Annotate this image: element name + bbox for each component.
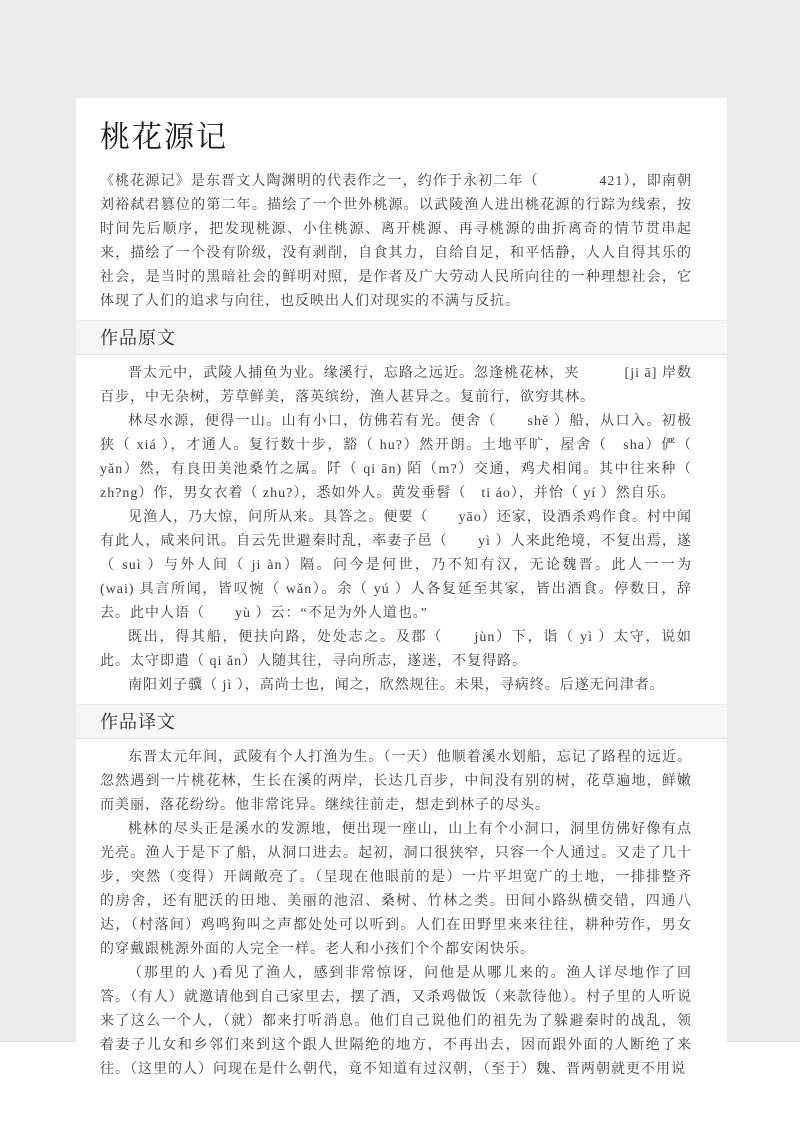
original-text-paragraph-2: 林尽水源，便得一山。山有小口，仿佛若有光。便舍（ shě ）船，从口入。初极狭（… — [100, 410, 692, 506]
section-heading-original-text: 作品原文 — [76, 320, 727, 355]
intro-paragraph: 《桃花源记》是东晋文人陶渊明的代表作之一，约作于永初二年（ 421），即南朝刘裕… — [100, 170, 692, 314]
translation-paragraph-3: （那里的人 )看见了渔人，感到非常惊讶，问他是从哪儿来的。渔人详尽地作了回答。（… — [100, 962, 692, 1082]
translation-paragraph-1: 东晋太元年间，武陵有个人打渔为生。（一天）他顺着溪水划船，忘记了路程的远近。忽然… — [100, 746, 692, 818]
section-heading-translation: 作品译文 — [76, 704, 727, 739]
document-page: 桃花源记 《桃花源记》是东晋文人陶渊明的代表作之一，约作于永初二年（ 421），… — [76, 98, 727, 1130]
translation-paragraph-2: 桃林的尽头正是溪水的发源地，便出现一座山，山上有个小洞口，洞里仿佛好像有点光亮。… — [100, 818, 692, 962]
original-text-paragraph-5: 南阳刘子骥（ jì ），高尚士也，闻之，欣然规往。未果，寻病终。后遂无问津者。 — [100, 674, 692, 698]
original-text-paragraph-4: 既出，得其船，便扶向路，处处志之。及郡（ jùn）下，诣（ yì ）太守，说如此… — [100, 626, 692, 674]
original-text-paragraph-1: 晋太元中，武陵人捕鱼为业。缘溪行，忘路之远近。忽逢桃花林，夹 [ji ā] 岸数… — [100, 362, 692, 410]
document-title: 桃花源记 — [100, 112, 692, 156]
original-text-paragraph-3: 见渔人，乃大惊，问所从来。具答之。便要（ yāo）还家，设酒杀鸡作食。村中闻有此… — [100, 506, 692, 626]
